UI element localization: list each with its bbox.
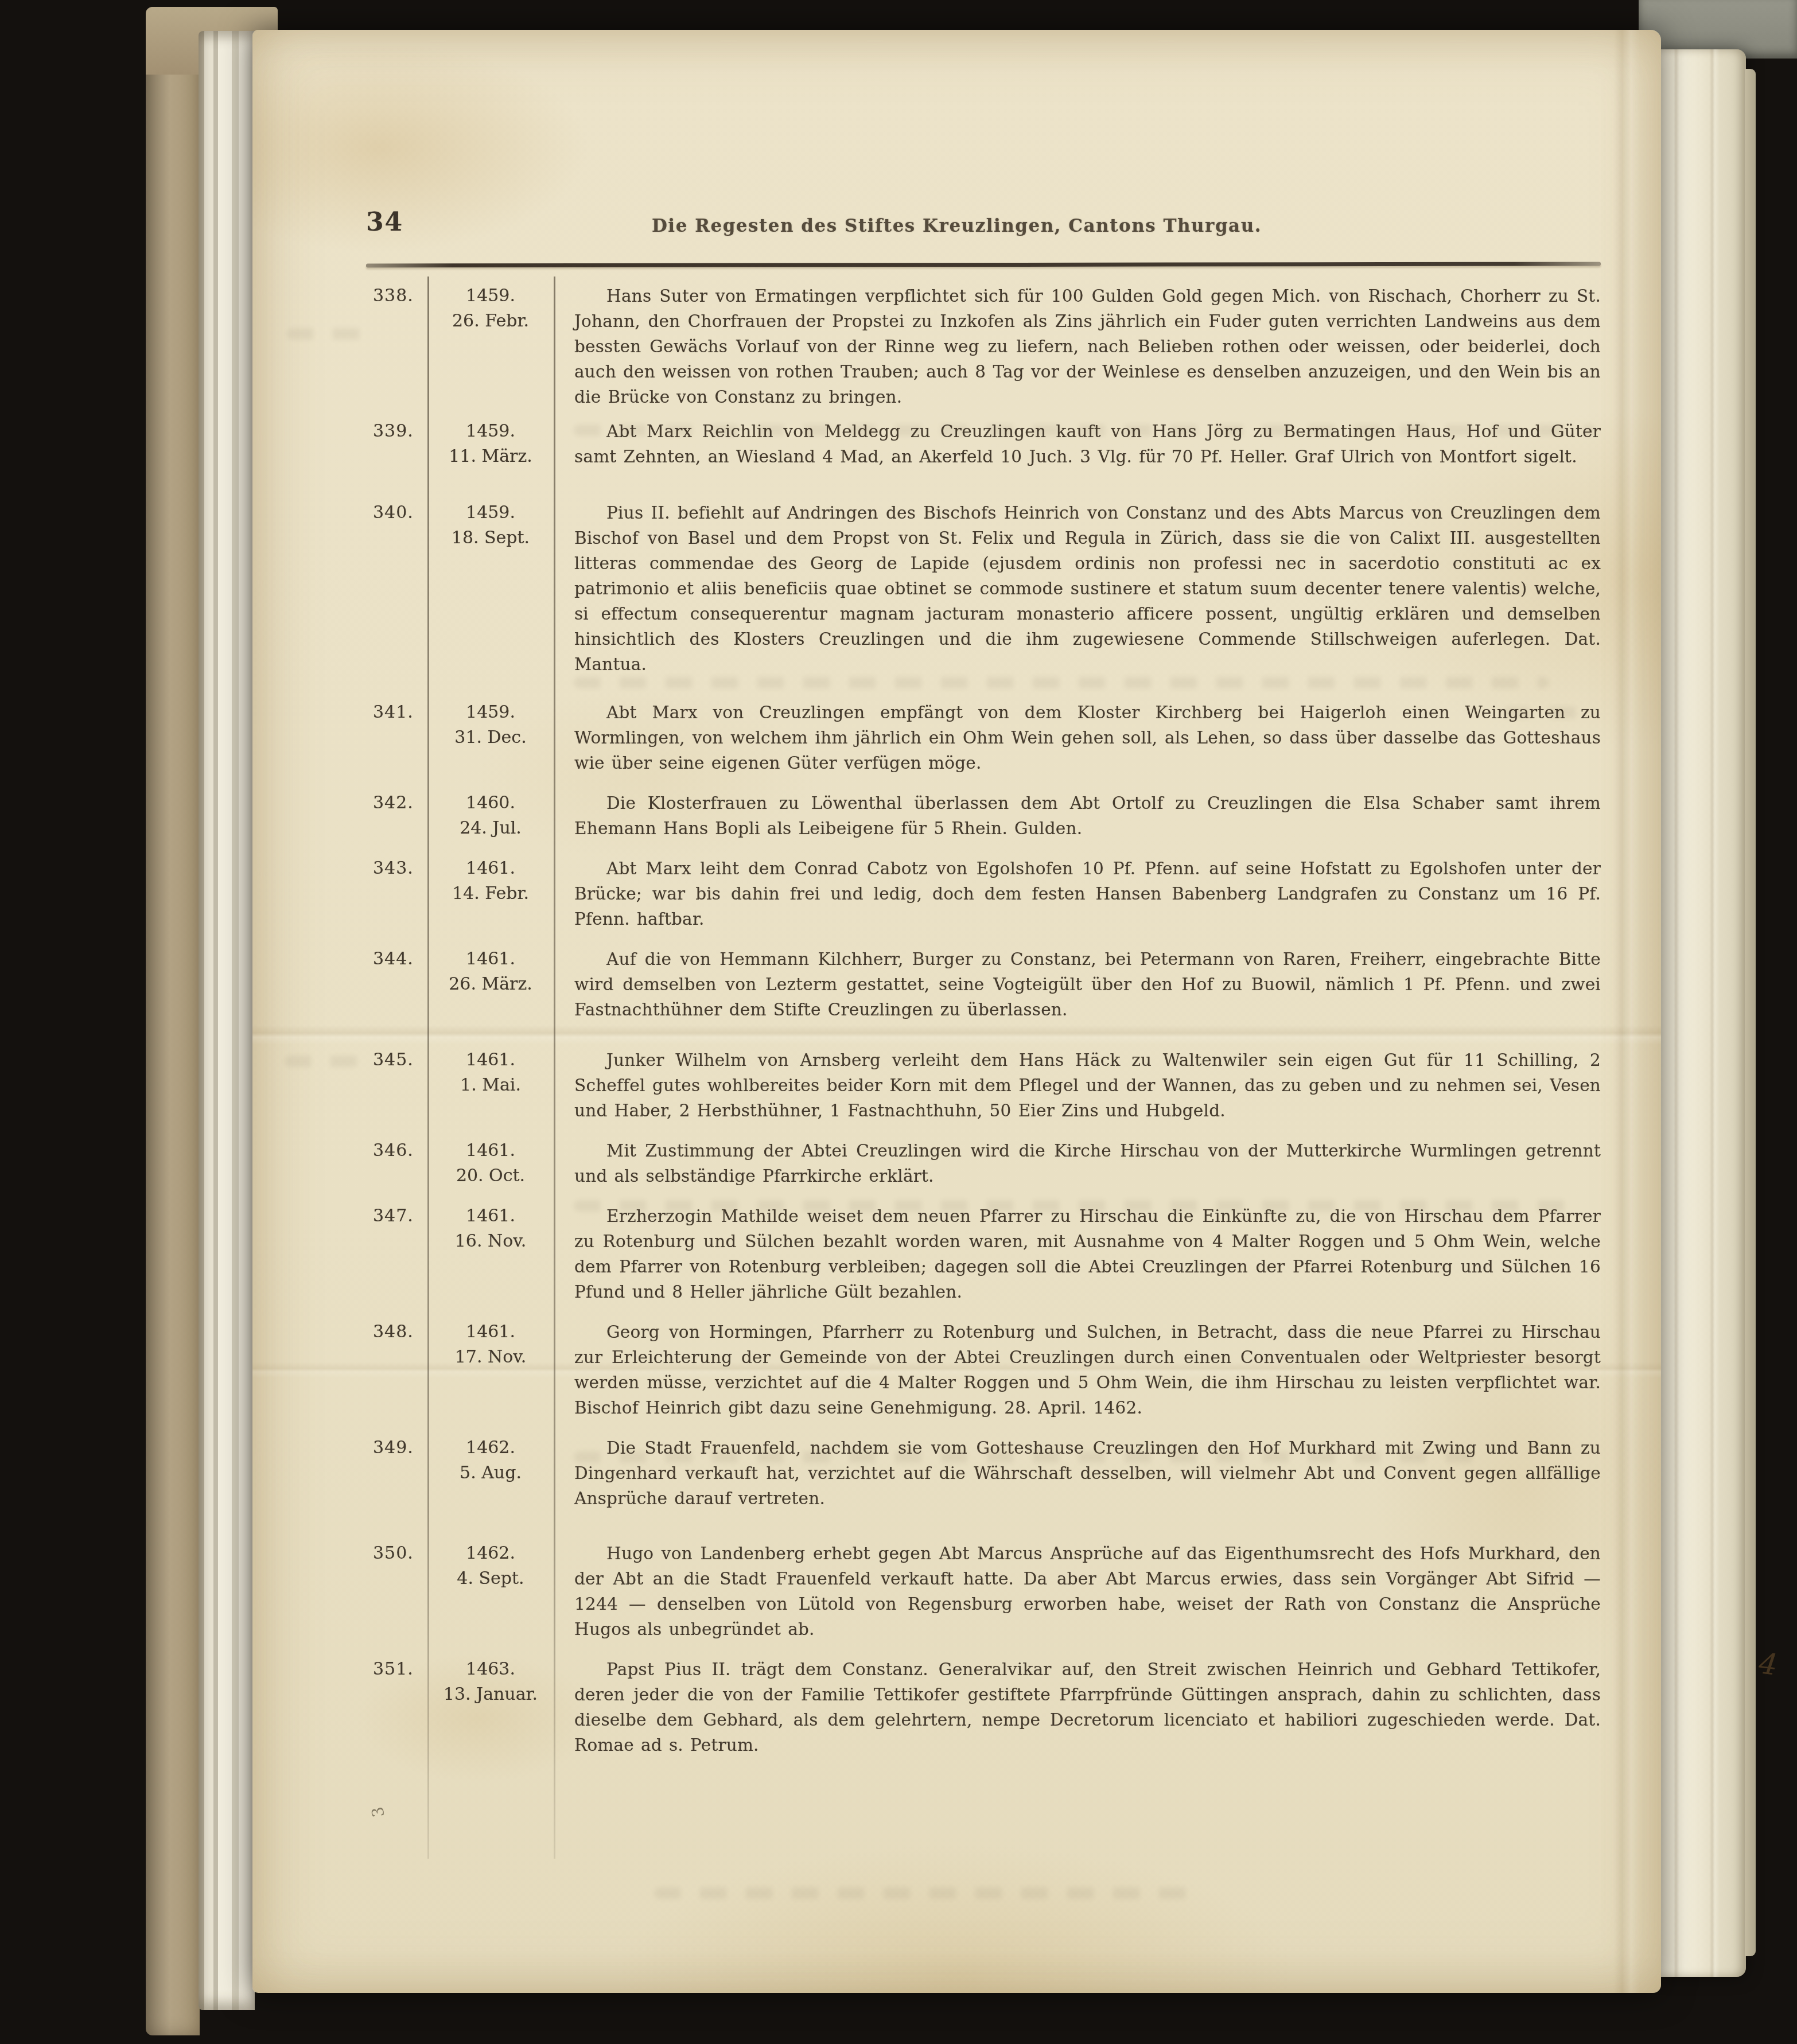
entry-date: 1461. 26. März. xyxy=(427,947,554,1022)
entry-number: 343. xyxy=(366,856,427,932)
entry-year: 1459. xyxy=(427,419,554,444)
entry-number: 339. xyxy=(366,419,427,469)
entry-day: 14. Febr. xyxy=(427,881,554,906)
entry-date: 1459. 26. Febr. xyxy=(427,283,554,410)
entry-text: Erzherzogin Mathilde weiset dem neuen Pf… xyxy=(554,1204,1601,1305)
entry-day: 16. Nov. xyxy=(427,1229,554,1254)
entry-date: 1461. 1. Mai. xyxy=(427,1048,554,1123)
entry-day: 20. Oct. xyxy=(427,1163,554,1189)
entry-number: 346. xyxy=(366,1138,427,1189)
entry-year: 1459. xyxy=(427,500,554,525)
entry-date: 1463. 13. Januar. xyxy=(427,1657,554,1758)
entry-text: Papst Pius II. trägt dem Constanz. Gener… xyxy=(554,1657,1601,1758)
regest-entry: 345. 1461. 1. Mai. Junker Wilhelm von Ar… xyxy=(366,1048,1601,1123)
right-page-edge-strip xyxy=(1745,69,1756,1956)
entry-day: 26. März. xyxy=(427,972,554,997)
entry-day: 17. Nov. xyxy=(427,1345,554,1370)
page-edge-stack xyxy=(199,31,255,2010)
entry-year: 1461. xyxy=(427,1319,554,1345)
running-header: Die Regesten des Stiftes Kreuzlingen, Ca… xyxy=(252,216,1661,236)
paper-crease xyxy=(1613,30,1640,1993)
regest-entry: 338. 1459. 26. Febr. Hans Suter von Erma… xyxy=(366,283,1601,410)
entry-date: 1459. 31. Dec. xyxy=(427,700,554,776)
entry-day: 13. Januar. xyxy=(427,1682,554,1707)
entry-text: Georg von Hormingen, Pfarrherr zu Rotenb… xyxy=(554,1319,1601,1420)
entry-number: 341. xyxy=(366,700,427,776)
entry-number: 344. xyxy=(366,947,427,1022)
regest-entry: 344. 1461. 26. März. Auf die von Hemmann… xyxy=(366,947,1601,1022)
header-rule xyxy=(366,262,1601,267)
entry-number: 351. xyxy=(366,1657,427,1758)
regest-entry: 339. 1459. 11. März. Abt Marx Reichlin v… xyxy=(366,419,1601,469)
entry-text: Hugo von Landenberg erhebt gegen Abt Mar… xyxy=(554,1541,1601,1642)
book-page: 34 Die Regesten des Stiftes Kreuzlingen,… xyxy=(252,30,1661,1993)
entry-day: 1. Mai. xyxy=(427,1073,554,1098)
bleedthrough-smudge xyxy=(287,328,367,340)
entry-text: Abt Marx leiht dem Conrad Cabotz von Ego… xyxy=(554,856,1601,932)
entry-year: 1459. xyxy=(427,700,554,725)
entry-text: Mit Zustimmung der Abtei Creuzlingen wir… xyxy=(554,1138,1601,1189)
entry-text: Pius II. befiehlt auf Andringen des Bisc… xyxy=(554,500,1601,677)
regest-entry: 348. 1461. 17. Nov. Georg von Hormingen,… xyxy=(366,1319,1601,1420)
entry-day: 26. Febr. xyxy=(427,309,554,334)
regest-entry: 341. 1459. 31. Dec. Abt Marx von Creuzli… xyxy=(366,700,1601,776)
entry-year: 1461. xyxy=(427,1204,554,1229)
entry-number: 349. xyxy=(366,1435,427,1511)
entry-number: 348. xyxy=(366,1319,427,1420)
bleedthrough-smudge xyxy=(654,1887,1205,1899)
entry-date: 1460. 24. Jul. xyxy=(427,791,554,841)
entry-date: 1461. 17. Nov. xyxy=(427,1319,554,1420)
entry-year: 1459. xyxy=(427,283,554,309)
regesten-table: 338. 1459. 26. Febr. Hans Suter von Erma… xyxy=(366,283,1601,1773)
entry-date: 1461. 20. Oct. xyxy=(427,1138,554,1189)
regest-entry: 346. 1461. 20. Oct. Mit Zustimmung der A… xyxy=(366,1138,1601,1189)
entry-year: 1460. xyxy=(427,791,554,816)
entry-day: 5. Aug. xyxy=(427,1461,554,1486)
entry-year: 1461. xyxy=(427,1048,554,1073)
entry-year: 1461. xyxy=(427,1138,554,1163)
entry-number: 340. xyxy=(366,500,427,677)
entry-number: 342. xyxy=(366,791,427,841)
entry-year: 1462. xyxy=(427,1435,554,1461)
entry-date: 1462. 5. Aug. xyxy=(427,1435,554,1511)
entry-year: 1461. xyxy=(427,947,554,972)
regest-entry: 340. 1459. 18. Sept. Pius II. befiehlt a… xyxy=(366,500,1601,677)
entry-day: 18. Sept. xyxy=(427,525,554,551)
entry-day: 4. Sept. xyxy=(427,1566,554,1591)
book-cover-edge xyxy=(146,7,200,2035)
entry-text: Die Klosterfrauen zu Löwenthal überlasse… xyxy=(554,791,1601,841)
entry-year: 1463. xyxy=(427,1657,554,1682)
regest-entry: 351. 1463. 13. Januar. Papst Pius II. tr… xyxy=(366,1657,1601,1758)
next-page-edge xyxy=(1659,49,1746,1977)
regest-entry: 343. 1461. 14. Febr. Abt Marx leiht dem … xyxy=(366,856,1601,932)
entry-text: Abt Marx von Creuzlingen empfängt von de… xyxy=(554,700,1601,776)
entry-number: 350. xyxy=(366,1541,427,1642)
entry-text: Die Stadt Frauenfeld, nachdem sie vom Go… xyxy=(554,1435,1601,1511)
entry-date: 1461. 14. Febr. xyxy=(427,856,554,932)
entry-year: 1462. xyxy=(427,1541,554,1566)
entry-year: 1461. xyxy=(427,856,554,881)
regest-entry: 342. 1460. 24. Jul. Die Klosterfrauen zu… xyxy=(366,791,1601,841)
entry-number: 338. xyxy=(366,283,427,410)
entry-text: Junker Wilhelm von Arnsberg verleiht dem… xyxy=(554,1048,1601,1123)
bleedthrough-smudge xyxy=(285,1056,359,1067)
entry-text: Abt Marx Reichlin von Meldegg zu Creuzli… xyxy=(554,419,1601,469)
entry-day: 11. März. xyxy=(427,444,554,469)
entry-number: 347. xyxy=(366,1204,427,1305)
entry-date: 1461. 16. Nov. xyxy=(427,1204,554,1305)
book-photo: 34 Die Regesten des Stiftes Kreuzlingen,… xyxy=(0,0,1797,2044)
signature-mark: 3 xyxy=(368,1805,388,1819)
regest-entry: 349. 1462. 5. Aug. Die Stadt Frauenfeld,… xyxy=(366,1435,1601,1511)
regest-entry: 350. 1462. 4. Sept. Hugo von Landenberg … xyxy=(366,1541,1601,1642)
entry-text: Auf die von Hemmann Kilchherr, Burger zu… xyxy=(554,947,1601,1022)
entry-day: 31. Dec. xyxy=(427,725,554,750)
regest-entry: 347. 1461. 16. Nov. Erzherzogin Mathilde… xyxy=(366,1204,1601,1305)
entry-date: 1459. 18. Sept. xyxy=(427,500,554,677)
entry-date: 1459. 11. März. xyxy=(427,419,554,469)
entry-text: Hans Suter von Ermatingen verpflichtet s… xyxy=(554,283,1601,410)
handwritten-mark: 4 xyxy=(1757,1646,1780,1681)
entry-day: 24. Jul. xyxy=(427,816,554,841)
entry-number: 345. xyxy=(366,1048,427,1123)
entry-date: 1462. 4. Sept. xyxy=(427,1541,554,1642)
